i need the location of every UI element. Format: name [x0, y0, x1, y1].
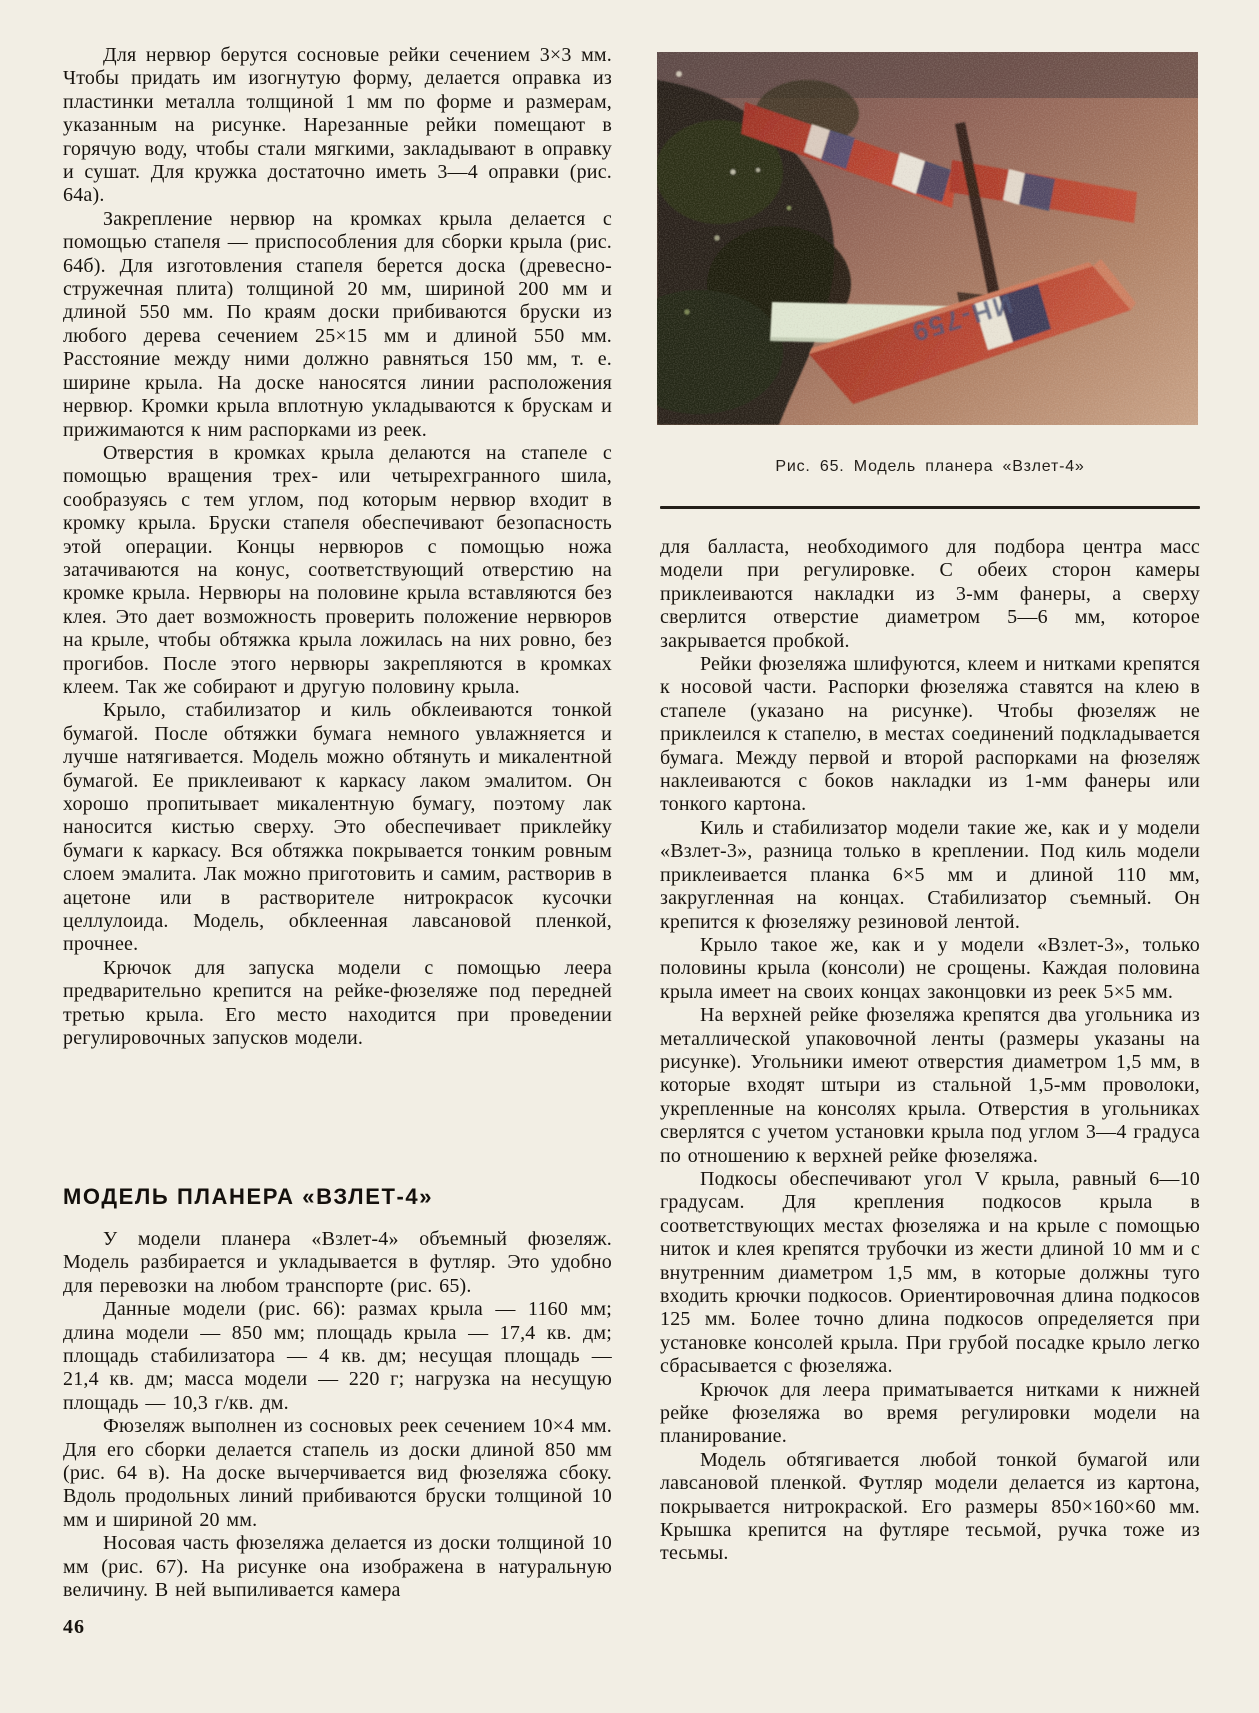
paragraph: Киль и стабилизатор модели такие же, как… — [660, 817, 1200, 934]
right-column: для балласта, необходимого для подбора ц… — [660, 536, 1200, 1666]
book-page: Для нервюр берутся сосновые рейки сечени… — [0, 0, 1259, 1713]
paragraph: Закрепление нервюр на кромках крыла дела… — [63, 208, 612, 442]
paragraph: Рейки фюзеляжа шлифуются, клеем и ниткам… — [660, 653, 1200, 817]
paragraph: Крючок для запуска модели с помощью леер… — [63, 957, 612, 1051]
paragraph: Фюзеляж выполнен из сосновых реек сечени… — [63, 1415, 612, 1532]
paragraph: для балласта, необходимого для подбора ц… — [660, 536, 1200, 653]
glider-photo: ИН-759 — [657, 52, 1198, 425]
left-column-bottom: У модели планера «Взлет-4» объемный фюзе… — [63, 1228, 612, 1632]
paragraph: У модели планера «Взлет-4» объемный фюзе… — [63, 1228, 612, 1298]
paragraph: Для нервюр берутся сосновые рейки сечени… — [63, 44, 612, 208]
paragraph: На верхней рейке фюзеляжа крепятся два у… — [660, 1004, 1200, 1168]
paragraph: Отверстия в кромках крыла делаются на ст… — [63, 442, 612, 699]
figure-photo: ИН-759 — [657, 52, 1198, 425]
section-heading: МОДЕЛЬ ПЛАНЕРА «ВЗЛЕТ-4» — [63, 1184, 623, 1210]
paragraph: Крыло, стабилизатор и киль обклеиваются … — [63, 699, 612, 956]
section-divider — [660, 506, 1200, 509]
left-column-top: Для нервюр берутся сосновые рейки сечени… — [63, 44, 612, 1184]
paragraph: Данные модели (рис. 66): размах крыла — … — [63, 1298, 612, 1415]
paragraph: Модель обтягивается любой тонкой бумагой… — [660, 1449, 1200, 1566]
figure-caption: Рис. 65. Модель планера «Взлет-4» — [660, 458, 1200, 476]
paragraph: Носовая часть фюзеляжа делается из доски… — [63, 1532, 612, 1602]
paragraph: Крючок для леера приматывается нитками к… — [660, 1379, 1200, 1449]
paragraph: Крыло такое же, как и у модели «Взлет-3»… — [660, 934, 1200, 1004]
page-number: 46 — [63, 1616, 85, 1639]
paragraph: Подкосы обеспечивают угол V крыла, равны… — [660, 1168, 1200, 1379]
